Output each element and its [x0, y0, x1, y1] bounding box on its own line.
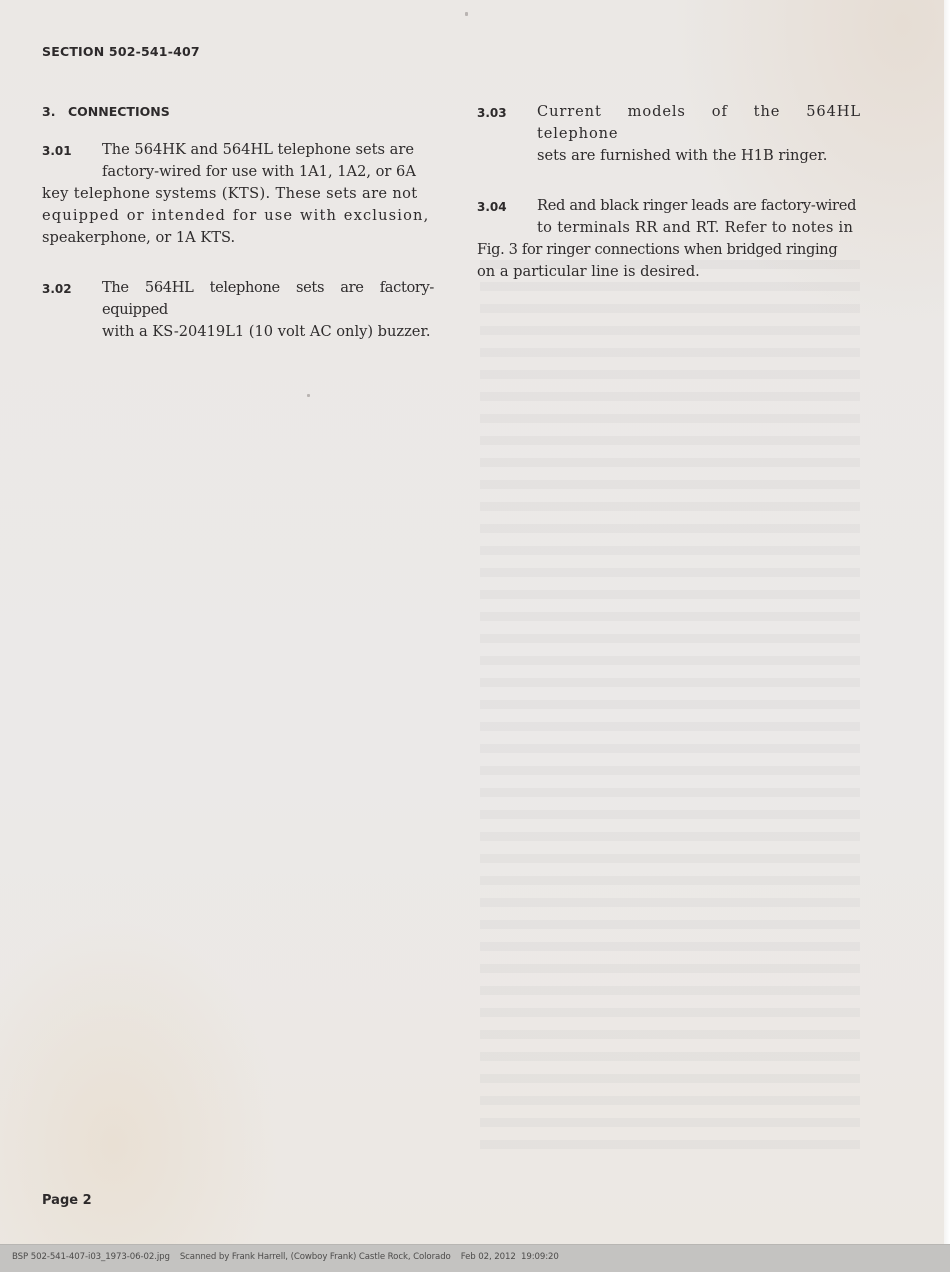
paragraph-line: equipped or intended for use with exclus…: [42, 205, 434, 227]
paragraph-line: sets are furnished with the H1B ringer.: [477, 145, 861, 167]
heading-number: 3.: [42, 104, 68, 119]
paragraph-number: 3.01: [42, 139, 72, 163]
scan-info-bar: BSP 502-541-407-i03_1973-06-02.jpgScanne…: [0, 1244, 950, 1272]
paragraph-line: factory-wired for use with 1A1, 1A2, or …: [42, 161, 434, 183]
scan-info-text: BSP 502-541-407-i03_1973-06-02.jpgScanne…: [12, 1252, 559, 1262]
paragraph-line: Current models of the 564HL telephone: [477, 101, 861, 145]
section-header: SECTION 502-541-407: [42, 44, 200, 59]
paragraph-line: The 564HL telephone sets are factory-equ…: [42, 277, 434, 321]
paragraph-3-04: 3.04 Red and black ringer leads are fact…: [477, 195, 861, 283]
paragraph-number: 3.03: [477, 101, 507, 125]
paragraph-line: The 564HK and 564HL telephone sets are: [42, 139, 434, 161]
scan-credit: Scanned by Frank Harrell, (Cowboy Frank)…: [180, 1252, 451, 1262]
paragraph-line: Red and black ringer leads are factory-w…: [477, 195, 861, 217]
section-heading: 3.CONNECTIONS: [42, 104, 170, 119]
paragraph-number: 3.04: [477, 195, 507, 219]
page-edge: [944, 0, 950, 1244]
page-number: Page 2: [42, 1193, 92, 1208]
paragraph-line: to terminals RR and RT. Refer to notes i…: [477, 217, 861, 239]
paragraph-line: speakerphone, or 1A KTS.: [42, 227, 434, 249]
paragraph-line: on a particular line is desired.: [477, 261, 861, 283]
heading-title: CONNECTIONS: [68, 104, 170, 119]
scan-speck: [465, 12, 468, 16]
scan-filename: BSP 502-541-407-i03_1973-06-02.jpg: [12, 1252, 170, 1262]
paragraph-line: with a KS-20419L1 (10 volt AC only) buzz…: [42, 321, 434, 343]
paragraph-3-02: 3.02 The 564HL telephone sets are factor…: [42, 277, 434, 343]
paragraph-3-01: 3.01 The 564HK and 564HL telephone sets …: [42, 139, 434, 249]
scan-speck: [307, 394, 310, 397]
scan-timestamp: Feb 02, 2012 19:09:20: [461, 1252, 559, 1262]
left-column: 3.01 The 564HK and 564HL telephone sets …: [42, 139, 434, 371]
paragraph-number: 3.02: [42, 277, 72, 301]
right-column: 3.03 Current models of the 564HL telepho…: [477, 101, 861, 311]
paragraph-line: Fig. 3 for ringer connections when bridg…: [477, 239, 861, 261]
paragraph-3-03: 3.03 Current models of the 564HL telepho…: [477, 101, 861, 167]
paragraph-line: key telephone systems (KTS). These sets …: [42, 183, 434, 205]
